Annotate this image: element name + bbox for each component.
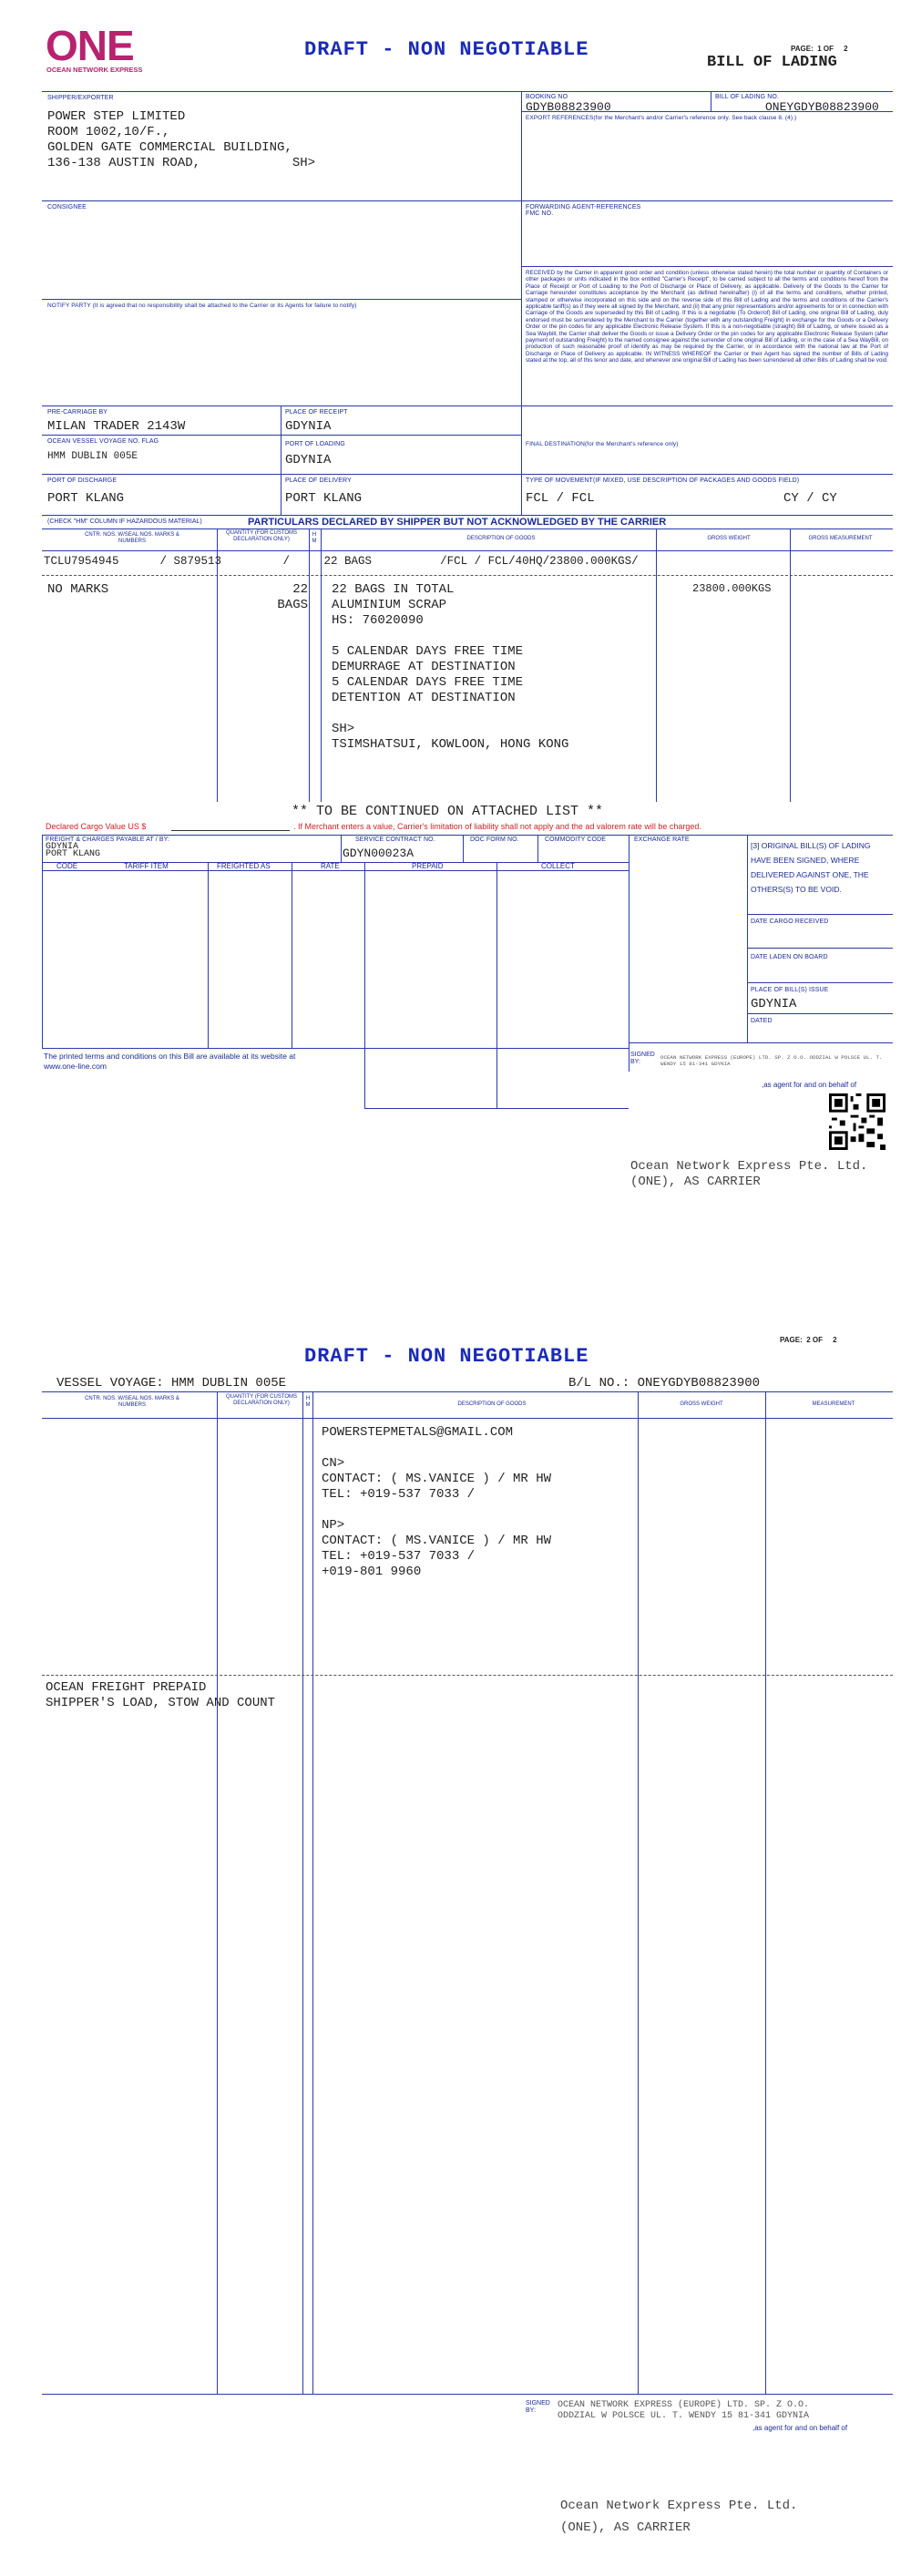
freight-payable-value-2[interactable]: PORT KLANG	[46, 850, 100, 859]
draft-title-2: DRAFT - NON NEGOTIABLE	[304, 1345, 589, 1368]
bl-no-value[interactable]: ONEYGDYB08823900	[765, 101, 879, 114]
col-rate: RATE	[321, 862, 340, 870]
originals-note: [3] ORIGINAL BILL(S) OF LADING HAVE BEEN…	[751, 838, 887, 897]
page-label: PAGE:	[791, 45, 814, 53]
page-total: 2	[833, 1336, 836, 1344]
col-hm-2: H M	[304, 1396, 312, 1409]
vessel-voyage: VESSEL VOYAGE: HMM DUBLIN 005E	[56, 1376, 286, 1391]
booking-no-value[interactable]: GDYB08823900	[526, 101, 611, 114]
shipper-label: SHIPPER/EXPORTER	[47, 95, 114, 101]
col-measurement-2: MEASUREMENT	[793, 1401, 875, 1408]
place-of-issue-label: PLACE OF BILL(S) ISSUE	[751, 987, 828, 993]
ocean-vessel-label: OCEAN VESSEL VOYAGE NO. FLAG	[47, 438, 159, 445]
doc-form-label: DOC FORM NO.	[470, 836, 519, 843]
booking-no-label: BOOKING NO	[526, 94, 568, 100]
col-marks-2: CNTR. NOS. W/SEAL NOS. MARKS & NUMBERS	[82, 1396, 182, 1409]
col-description: DESCRIPTION OF GOODS	[437, 536, 565, 542]
service-contract-value[interactable]: GDYN00023A	[343, 847, 414, 860]
col-prepaid: PREPAID	[412, 862, 444, 870]
consignee-label: CONSIGNEE	[47, 204, 87, 210]
carrier-line-1-2: Ocean Network Express Pte. Ltd.	[560, 2499, 797, 2513]
col-gross-weight-2: GROSS WEIGHT	[665, 1401, 738, 1408]
page-indicator-2: PAGE: 2 OF 2	[780, 1336, 837, 1344]
bl-no-label: BILL OF LADING NO.	[715, 94, 779, 100]
page-number: 2 OF	[806, 1336, 823, 1344]
bl-no-2: B/L NO.: ONEYGDYB08823900	[568, 1376, 760, 1391]
quantity-value[interactable]: 22 BAGS	[264, 582, 308, 613]
marks-value[interactable]: NO MARKS	[47, 582, 108, 598]
col-measurement: GROSS MEASUREMENT	[793, 536, 888, 542]
service-contract-label: SERVICE CONTRACT NO.	[355, 836, 435, 843]
col-quantity: QUANTITY (FOR CUSTOMS DECLARATION ONLY)	[216, 530, 307, 543]
carrier-line-1: Ocean Network Express Pte. Ltd.	[630, 1159, 867, 1174]
signed-value: OCEAN NETWORK EXPRESS (EUROPE) LTD. SP. …	[660, 1054, 888, 1067]
col-tariff-item: TARIFF ITEM	[124, 862, 169, 870]
draft-title: DRAFT - NON NEGOTIABLE	[304, 38, 589, 61]
col-description-2: DESCRIPTION OF GOODS	[428, 1401, 556, 1408]
date-cargo-received-label: DATE CARGO RECEIVED	[751, 919, 828, 925]
logo-tagline: OCEAN NETWORK EXPRESS	[46, 66, 142, 74]
place-of-receipt-label: PLACE OF RECEIPT	[285, 409, 348, 416]
exchange-rate-label: EXCHANGE RATE	[634, 836, 690, 843]
shipper-value[interactable]: POWER STEP LIMITED ROOM 1002,10/F., GOLD…	[47, 109, 315, 171]
commodity-code-label: COMMODITY CODE	[545, 836, 606, 843]
place-of-delivery-label: PLACE OF DELIVERY	[285, 477, 352, 484]
port-of-discharge-label: PORT OF DISCHARGE	[47, 477, 117, 484]
continued-note: ** TO BE CONTINUED ON ATTACHED LIST **	[292, 804, 603, 819]
declared-value-label: Declared Cargo Value US $	[46, 822, 146, 831]
place-of-receipt-value[interactable]: GDYNIA	[285, 419, 331, 435]
forwarding-agent-label: FORWARDING AGENT-REFERENCES	[526, 204, 640, 210]
port-of-discharge-value[interactable]: PORT KLANG	[47, 491, 124, 507]
container-row[interactable]: TCLU7954945 / S879513 / 22 BAGS /FCL / F…	[44, 555, 639, 568]
dated-label: DATED	[751, 1018, 773, 1024]
printed-terms: The printed terms and conditions on this…	[44, 1052, 308, 1072]
qr-code-icon	[829, 1093, 885, 1150]
col-marks: CNTR. NOS. W/SEAL NOS. MARKS & NUMBERS	[82, 532, 182, 545]
col-gross-weight: GROSS WEIGHT	[692, 536, 765, 542]
col-quantity-2: QUANTITY (FOR CUSTOMS DECLARATION ONLY)	[216, 1394, 307, 1407]
charges-header: CODE TARIFF ITEM FREIGHTED AS RATE PREPA…	[42, 862, 629, 870]
declared-value-note: . If Merchant enters a value, Carrier's …	[293, 822, 701, 831]
fmc-no-label: FMC NO.	[526, 210, 553, 217]
date-laden-label: DATE LADEN ON BOARD	[751, 954, 828, 960]
place-of-issue-value[interactable]: GDYNIA	[751, 997, 796, 1012]
particulars-title: PARTICULARS DECLARED BY SHIPPER BUT NOT …	[248, 517, 666, 528]
signed-value-2: OCEAN NETWORK EXPRESS (EUROPE) LTD. SP. …	[558, 2400, 809, 2422]
hm-note: (CHECK "HM" COLUMN IF HAZARDOUS MATERIAL…	[47, 518, 202, 525]
one-logo: ONE	[46, 26, 134, 66]
description-value[interactable]: 22 BAGS IN TOTAL ALUMINIUM SCRAP HS: 760…	[332, 582, 568, 753]
col-code: CODE	[56, 862, 77, 870]
signed-label-2: SIGNED BY:	[526, 2400, 549, 2415]
movement-value-right[interactable]: CY / CY	[783, 491, 837, 507]
movement-label: TYPE OF MOVEMENT(IF MIXED, USE DESCRIPTI…	[526, 477, 799, 484]
received-clause: RECEIVED by the Carrier in apparent good…	[526, 270, 888, 364]
col-freighted-as: FREIGHTED AS	[217, 862, 271, 870]
place-of-delivery-value[interactable]: PORT KLANG	[285, 491, 362, 507]
port-of-loading-label: PORT OF LOADING	[285, 441, 345, 447]
document-title: BILL OF LADING	[707, 54, 837, 71]
export-references-label: EXPORT REFERENCES(for the Merchant's and…	[526, 115, 796, 121]
page-total: 2	[844, 45, 847, 53]
gross-weight-value[interactable]: 23800.000KGS	[692, 582, 771, 595]
final-destination-label: FINAL DESTINATION(for the Merchant's ref…	[526, 441, 679, 447]
ocean-vessel-value[interactable]: HMM DUBLIN 005E	[47, 450, 138, 463]
col-hm: H M	[311, 532, 318, 545]
page-indicator: PAGE: 1 OF 2	[791, 45, 848, 53]
freight-note: OCEAN FREIGHT PREPAID SHIPPER'S LOAD, ST…	[46, 1680, 275, 1711]
description-value-2[interactable]: POWERSTEPMETALS@GMAIL.COM CN> CONTACT: (…	[322, 1425, 551, 1580]
movement-value-left[interactable]: FCL / FCL	[526, 491, 595, 507]
carrier-line-2-2: (ONE), AS CARRIER	[560, 2520, 691, 2535]
pre-carriage-label: PRE-CARRIAGE BY	[47, 409, 107, 416]
port-of-loading-value[interactable]: GDYNIA	[285, 453, 331, 468]
pre-carriage-value[interactable]: MILAN TRADER 2143W	[47, 419, 185, 435]
page-label: PAGE:	[780, 1336, 803, 1344]
as-agent-note: ,as agent for and on behalf of	[762, 1081, 856, 1089]
as-agent-note-2: ,as agent for and on behalf of	[752, 2424, 847, 2432]
signed-label: SIGNED BY:	[630, 1052, 654, 1066]
page-number: 1 OF	[817, 45, 834, 53]
carrier-line-2: (ONE), AS CARRIER	[630, 1175, 761, 1189]
notify-party-label: NOTIFY PARTY (It is agreed that no respo…	[47, 303, 356, 309]
col-collect: COLLECT	[541, 862, 575, 870]
